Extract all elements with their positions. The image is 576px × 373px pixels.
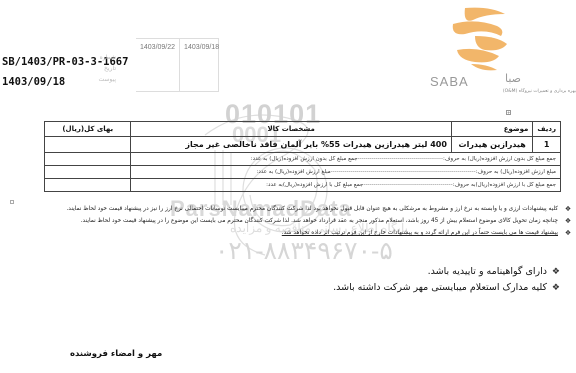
requirement-text: کلیه مدارک استعلام میبایستی مهر شرکت داش… (333, 280, 547, 296)
summary-label-cell: مبلغ ارزش افزوده(ریال) به حروف:---------… (131, 166, 561, 179)
deadline-date: 1403/09/22 (136, 39, 179, 91)
summary-words-label: مبلغ ارزش افزوده(ریال) به حروف: (476, 169, 556, 175)
cell-subject: هیدرازین هیدرات (451, 137, 533, 153)
seller-signature-label: مهر و امضاء فروشنده (70, 349, 162, 359)
requirement-item: ❖ کلیه مدارک استعلام میبایستی مهر شرکت د… (200, 280, 560, 296)
diamond-bullet-icon: ❖ (564, 215, 572, 227)
summary-label-cell: جمع مبلغ کل با ارزش افزوده(ریال)به حروف:… (131, 179, 561, 192)
requirement-item: ❖ دارای گواهینامه و تاییدیه باشد. (200, 264, 560, 280)
requirements-list: ❖ دارای گواهینامه و تاییدیه باشد. ❖ کلیه… (200, 264, 560, 296)
header-row-number: ردیف (533, 122, 561, 137)
summary-row-vat: مبلغ ارزش افزوده(ریال) به حروف:---------… (45, 166, 561, 179)
watermark-phone: ۰۲۱-۸۸۳۴۹۶۷۰-۵ (215, 236, 393, 266)
terms-list: ❖ کلیه پیشنهادات ارزی و یا وابسته به نرخ… (40, 203, 572, 239)
summary-digits-label: مبلغ ارزش افزوده(ریال) به عدد: (257, 169, 331, 175)
diamond-bullet-icon: ❖ (552, 264, 560, 280)
summary-row-total-with-vat: جمع مبلغ کل با ارزش افزوده(ریال)به حروف:… (45, 179, 561, 192)
issue-date: 1403/09/18 (179, 39, 223, 91)
ref-label-number: شماره (106, 52, 116, 63)
terms-text: چنانچه زمان تحویل کالای موضوع استعلام بی… (81, 215, 558, 227)
terms-item: ❖ پیشنهاد قیمت ها می بایست حتماً در این … (40, 227, 572, 239)
header-price: بهای کل(ریال) (45, 122, 131, 137)
ref-label-date: تاریخ (106, 63, 116, 74)
summary-value-cell[interactable] (45, 166, 131, 179)
diamond-bullet-icon: ❖ (564, 203, 572, 215)
summary-digits-label: جمع مبلغ کل بدون ارزش افزوده(ریال) به عد… (251, 156, 358, 162)
ref-label-attachment: پیوست (106, 74, 116, 85)
terms-item: ❖ کلیه پیشنهادات ارزی و یا وابسته به نرخ… (40, 203, 572, 215)
logo-subtitle: بهره برداری و تعمیرات نیروگاه (O&M) (432, 89, 576, 94)
logo-latin: SABA (430, 74, 469, 89)
summary-words-label: جمع مبلغ کل با ارزش افزوده(ریال)به حروف: (453, 182, 556, 188)
date-box: 1403/09/22 1403/09/18 (136, 38, 219, 92)
terms-item: ❖ چنانچه زمان تحویل کالای موضوع استعلام … (40, 215, 572, 227)
header-spec: مشخصات کالا (131, 122, 451, 137)
summary-label-cell: جمع مبلغ کل بدون ارزش افزوده(ریال) به حر… (131, 153, 561, 166)
summary-value-cell[interactable] (45, 179, 131, 192)
summary-digits-label: جمع مبلغ کل با ارزش افزوده(ریال)به عدد: (266, 182, 363, 188)
summary-row-total-without-vat: جمع مبلغ کل بدون ارزش افزوده(ریال) به حر… (45, 153, 561, 166)
diamond-bullet-icon: ❖ (552, 280, 560, 296)
cell-spec: 400 لیتر هیدرازین هیدرات 55% بایر آلمان … (131, 137, 451, 153)
table-row: 1 هیدرازین هیدرات 400 لیتر هیدرازین هیدر… (45, 137, 561, 153)
logo-persian: صبا (505, 72, 521, 85)
terms-text: پیشنهاد قیمت ها می بایست حتماً در این فر… (282, 227, 558, 239)
header-subject: موضوع (451, 122, 533, 137)
table-move-handle-icon[interactable]: + (506, 110, 511, 115)
table-resize-handle-icon[interactable] (10, 200, 14, 204)
table-header-row: ردیف موضوع مشخصات کالا بهای کل(ریال) (45, 122, 561, 137)
items-table: ردیف موضوع مشخصات کالا بهای کل(ریال) 1 ه… (44, 121, 561, 192)
summary-value-cell[interactable] (45, 153, 131, 166)
cell-row-number: 1 (533, 137, 561, 153)
terms-text: کلیه پیشنهادات ارزی و یا وابسته به نرخ ا… (66, 203, 558, 215)
diamond-bullet-icon: ❖ (564, 227, 572, 239)
requirement-text: دارای گواهینامه و تاییدیه باشد. (428, 264, 547, 280)
reference-labels: شماره تاریخ پیوست (106, 52, 116, 85)
summary-words-label: جمع مبلغ کل بدون ارزش افزوده(ریال) به حر… (443, 156, 556, 162)
saba-logo-icon (435, 6, 515, 72)
cell-price[interactable] (45, 137, 131, 153)
